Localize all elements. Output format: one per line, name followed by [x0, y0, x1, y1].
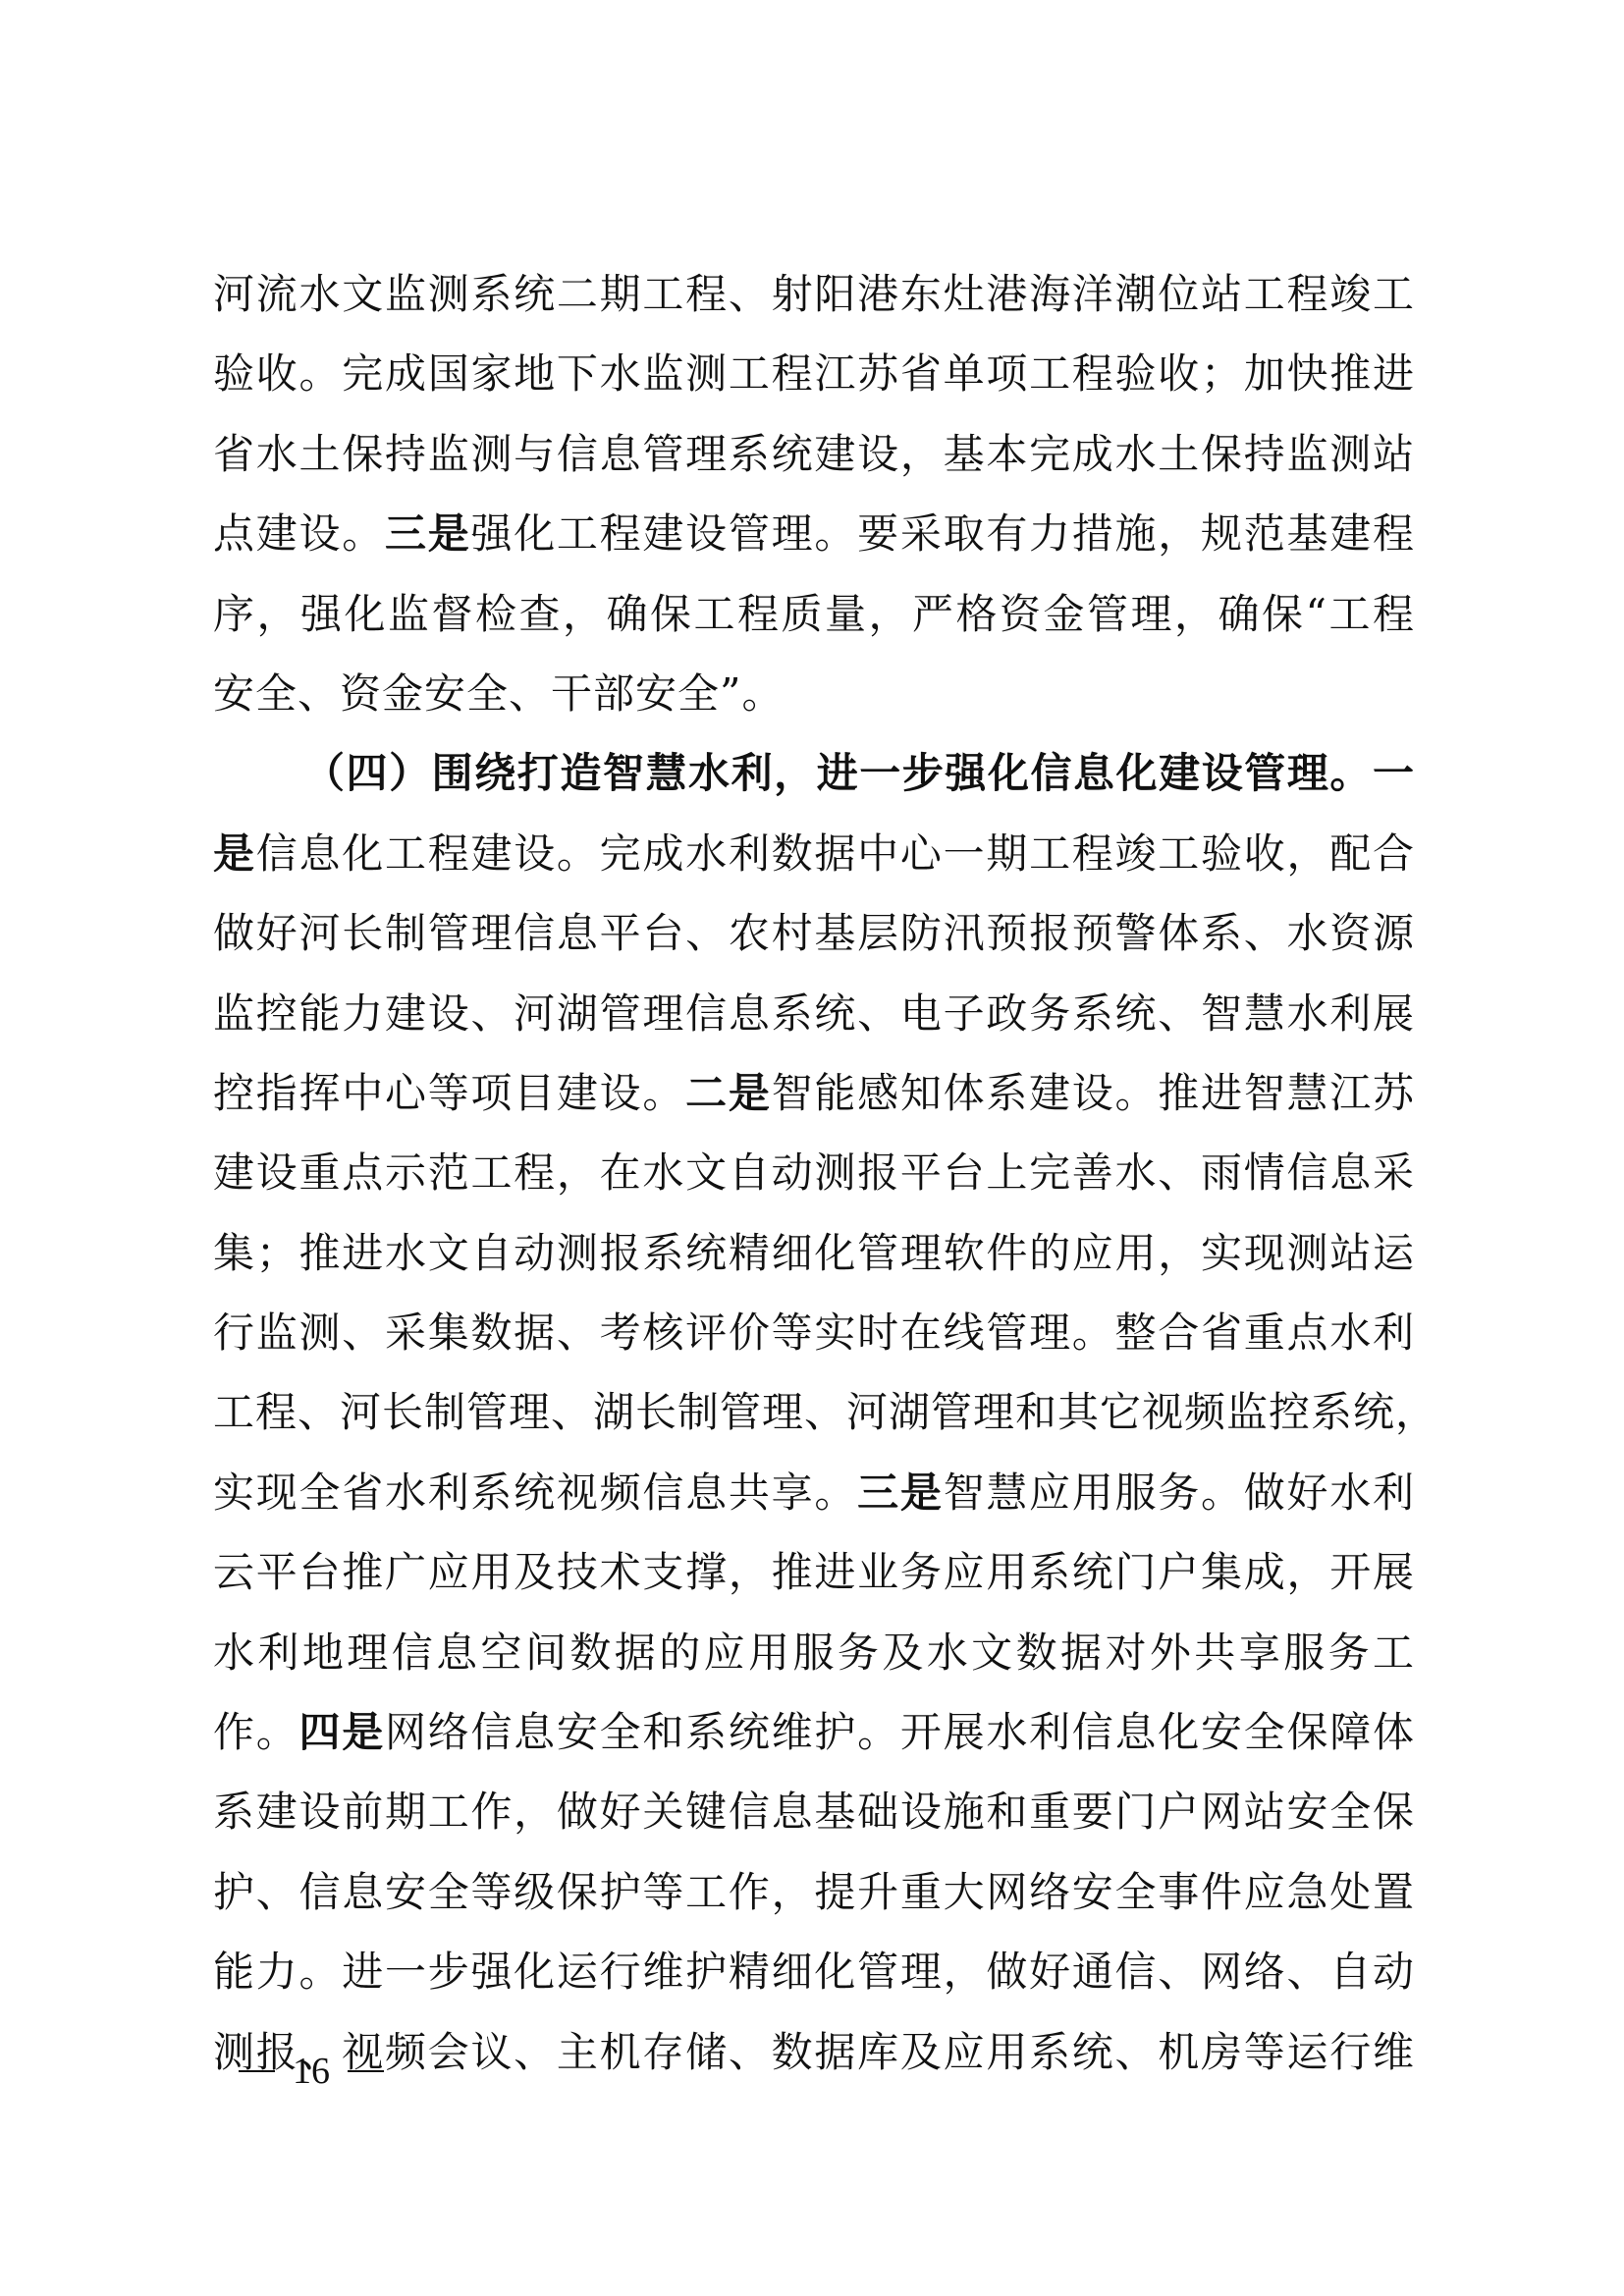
- text-line: 测报、视频会议、主机存储、数据库及应用系统、机房等运行维: [213, 2023, 1415, 2103]
- text-line: 省水土保持监测与信息管理系统建设，基本完成水土保持监测站: [213, 425, 1415, 505]
- text-line: 作。四是网络信息安全和系统维护。开展水利信息化安全保障体: [213, 1703, 1415, 1783]
- text-line: 护、信息安全等级保护等工作，提升重大网络安全事件应急处置: [213, 1863, 1415, 1943]
- text-segment: 智能感知体系建设。推进智慧江苏: [772, 1069, 1415, 1117]
- emphasis-label: 一: [1373, 749, 1415, 797]
- text-segment: 智慧应用服务。做好水利: [944, 1468, 1415, 1517]
- text-line: 行监测、采集数据、考核评价等实时在线管理。整合省重点水利: [213, 1304, 1415, 1383]
- emphasis-label: 二是: [685, 1069, 771, 1117]
- document-page: 河流水文监测系统二期工程、射阳港东灶港海洋潮位站工程竣工 验收。完成国家地下水监…: [0, 0, 1624, 2296]
- section-heading-text: （四）围绕打造智慧水利，进一步强化信息化建设管理。: [303, 749, 1373, 797]
- text-line: 实现全省水利系统视频信息共享。三是智慧应用服务。做好水利: [213, 1464, 1415, 1543]
- text-segment: 作。: [213, 1708, 298, 1756]
- text-segment: 信息化工程建设。完成水利数据中心一期工程竣工验收，配合: [256, 829, 1415, 878]
- text-segment: 控指挥中心等项目建设。: [213, 1069, 685, 1117]
- em-dash-right: [348, 2070, 384, 2072]
- body-text: 河流水文监测系统二期工程、射阳港东灶港海洋潮位站工程竣工 验收。完成国家地下水监…: [213, 265, 1415, 2103]
- page-footer: 16: [239, 2050, 384, 2093]
- text-line: 验收。完成国家地下水监测工程江苏省单项工程验收；加快推进: [213, 345, 1415, 424]
- emphasis-label: 三是: [385, 509, 470, 558]
- text-line: 是信息化工程建设。完成水利数据中心一期工程竣工验收，配合: [213, 825, 1415, 904]
- page-number: 16: [293, 2050, 330, 2093]
- text-segment: 点建设。: [213, 509, 385, 558]
- text-line: 系建设前期工作，做好关键信息基础设施和重要门户网站安全保: [213, 1783, 1415, 1862]
- text-segment: 网络信息安全和系统维护。开展水利信息化安全保障体: [385, 1708, 1415, 1756]
- text-line: 安全、资金安全、干部安全”。: [213, 665, 1415, 744]
- text-line: 能力。进一步强化运行维护精细化管理，做好通信、网络、自动: [213, 1943, 1415, 2022]
- emphasis-label: 三是: [857, 1468, 943, 1517]
- text-line: 控指挥中心等项目建设。二是智能感知体系建设。推进智慧江苏: [213, 1064, 1415, 1144]
- text-line: 做好河长制管理信息平台、农村基层防汛预报预警体系、水资源: [213, 904, 1415, 984]
- text-line: 建设重点示范工程，在水文自动测报平台上完善水、雨情信息采: [213, 1144, 1415, 1223]
- text-line: 云平台推广应用及技术支撑，推进业务应用系统门户集成，开展: [213, 1543, 1415, 1623]
- text-line: 序，强化监督检查，确保工程质量，严格资金管理，确保“工程: [213, 585, 1415, 665]
- text-line: 水利地理信息空间数据的应用服务及水文数据对外共享服务工: [213, 1624, 1415, 1703]
- emphasis-label: 是: [213, 829, 256, 878]
- text-line: 集；推进水文自动测报系统精细化管理软件的应用，实现测站运: [213, 1224, 1415, 1304]
- text-segment: 强化工程建设管理。要采取有力措施，规范基建程: [470, 509, 1415, 558]
- emphasis-label: 四是: [298, 1708, 384, 1756]
- text-segment: 实现全省水利系统视频信息共享。: [213, 1468, 857, 1517]
- text-line: 河流水文监测系统二期工程、射阳港东灶港海洋潮位站工程竣工: [213, 265, 1415, 345]
- text-line: 监控能力建设、河湖管理信息系统、电子政务系统、智慧水利展: [213, 985, 1415, 1064]
- section-heading: （四）围绕打造智慧水利，进一步强化信息化建设管理。一: [213, 744, 1415, 824]
- em-dash-left: [239, 2070, 275, 2072]
- text-line: 工程、河长制管理、湖长制管理、河湖管理和其它视频监控系统，: [213, 1383, 1415, 1463]
- text-line: 点建设。三是强化工程建设管理。要采取有力措施，规范基建程: [213, 505, 1415, 584]
